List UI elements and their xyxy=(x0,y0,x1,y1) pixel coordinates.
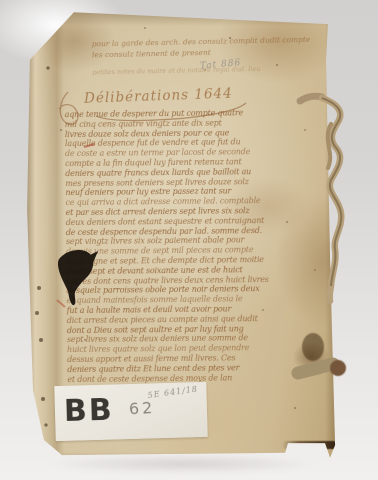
manuscript-text-block: aqne tenue de desperer du put compte qua… xyxy=(65,108,280,385)
parchment-book-cover: pour la garde des arch. des consulz comp… xyxy=(24,9,336,467)
archival-label-sticker: BB 62 5E 641/18 xyxy=(54,382,207,441)
tie-lace-crossing-strand xyxy=(328,124,331,168)
archival-photo-manuscript-cover: pour la garde des arch. des consulz comp… xyxy=(0,0,378,480)
manuscript-header-lines: pour la garde des arch. des consulz comp… xyxy=(92,34,321,79)
manuscript-title-line: Délibérations 1644 xyxy=(84,83,304,107)
pencil-reference: 5E 641/18 xyxy=(147,385,198,401)
series-number-pencil: 62 xyxy=(128,398,156,419)
book-right-edge xyxy=(325,18,336,449)
book-shadow xyxy=(45,455,320,473)
damage-notch-rim xyxy=(282,441,337,449)
series-stamp: BB xyxy=(63,392,114,429)
